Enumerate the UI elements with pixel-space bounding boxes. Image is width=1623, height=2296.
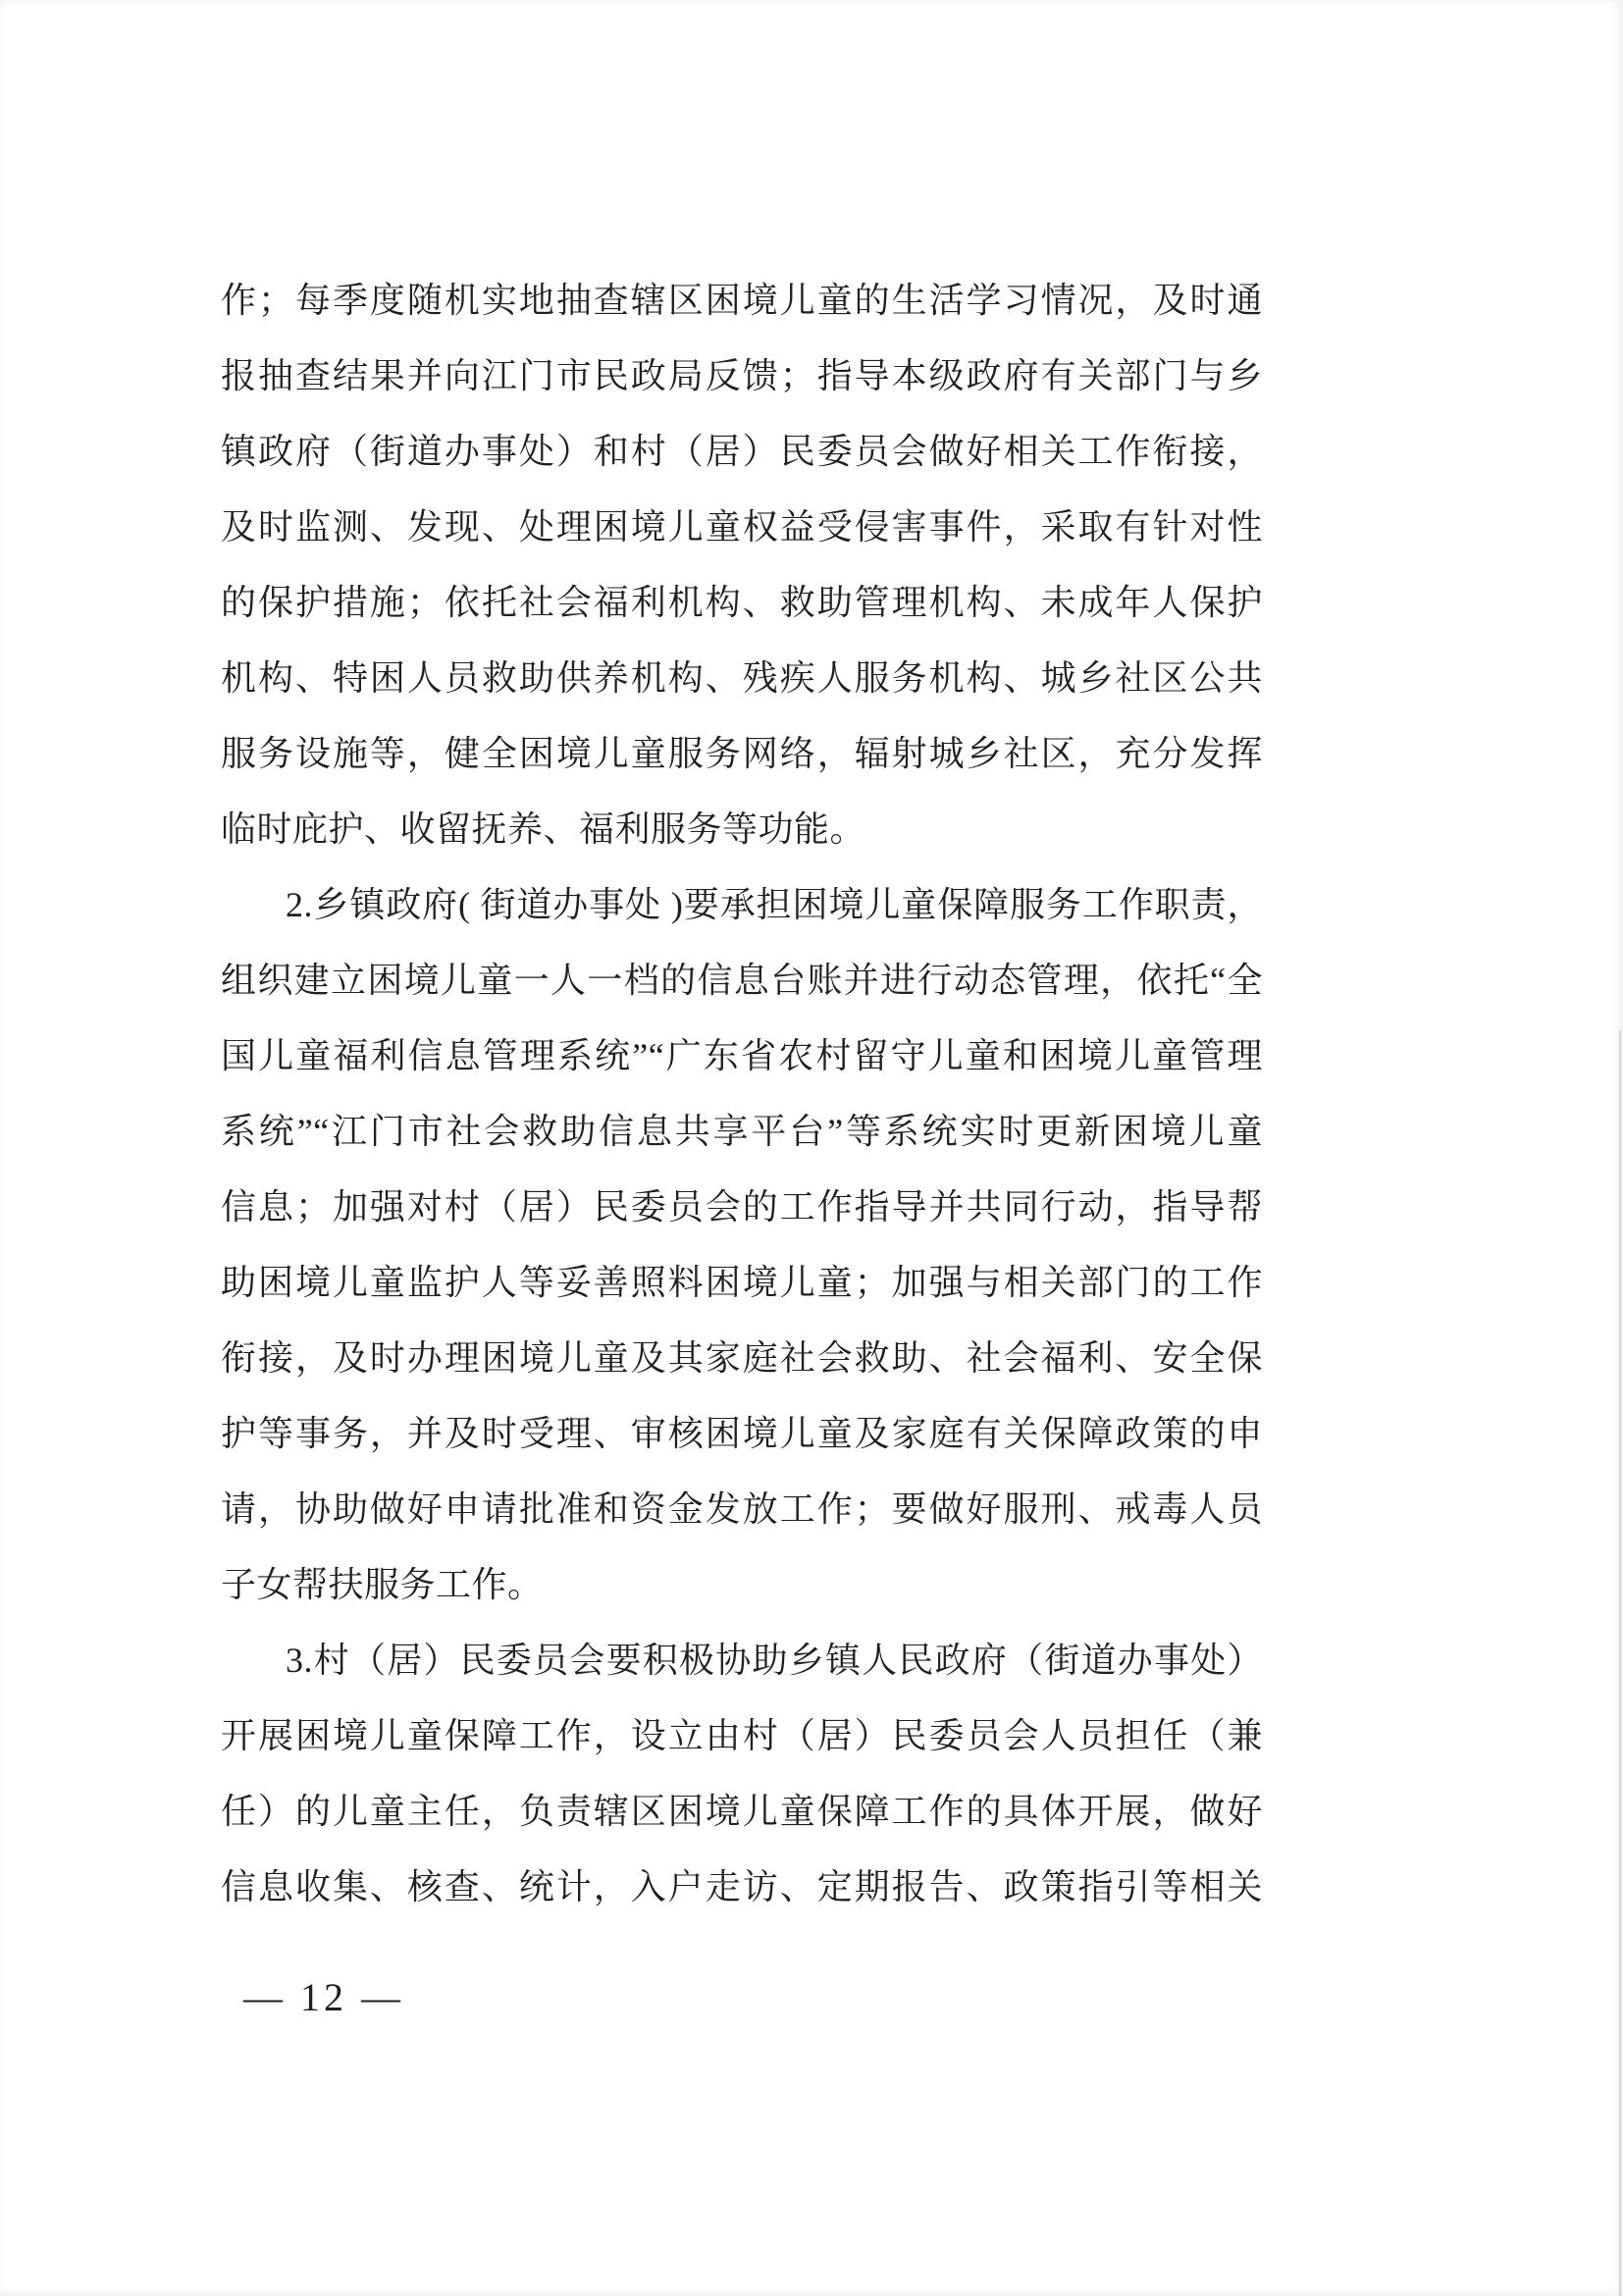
text-line: 报抽查结果并向江门市民政局反馈；指导本级政府有关部门与乡 [221, 339, 1263, 414]
text-line: 衔接，及时办理困境儿童及其家庭社会救助、社会福利、安全保 [221, 1321, 1263, 1396]
text-line: 及时监测、发现、处理困境儿童权益受侵害事件，采取有针对性 [221, 490, 1263, 565]
text-line: 2.乡镇政府( 街道办事处 )要承担困境儿童保障服务工作职责， [221, 867, 1263, 943]
text-line: 子女帮扶服务工作。 [221, 1547, 1263, 1623]
text-line: 信息收集、核查、统计，入户走访、定期报告、政策指引等相关 [221, 1850, 1263, 1925]
text-line: 系统”“江门市社会救助信息共享平台”等系统实时更新困境儿童 [221, 1094, 1263, 1170]
text-line: 镇政府（街道办事处）和村（居）民委员会做好相关工作衔接， [221, 414, 1263, 490]
text-line: 信息；加强对村（居）民委员会的工作指导并共同行动，指导帮 [221, 1170, 1263, 1245]
text-line: 3.村（居）民委员会要积极协助乡镇人民政府（街道办事处） [221, 1623, 1263, 1698]
text-line: 的保护措施；依托社会福利机构、救助管理机构、未成年人保护 [221, 565, 1263, 641]
text-line: 组织建立困境儿童一人一档的信息台账并进行动态管理，依托“全 [221, 943, 1263, 1018]
text-line: 临时庇护、收留抚养、福利服务等功能。 [221, 792, 1263, 867]
scan-edge-artifact [1619, 1030, 1621, 2296]
text-line: 国儿童福利信息管理系统”“广东省农村留守儿童和困境儿童管理 [221, 1018, 1263, 1094]
text-line: 机构、特困人员救助供养机构、残疾人服务机构、城乡社区公共 [221, 641, 1263, 716]
document-page: 作；每季度随机实地抽查辖区困境儿童的生活学习情况，及时通报抽查结果并向江门市民政… [0, 0, 1623, 2296]
document-body: 作；每季度随机实地抽查辖区困境儿童的生活学习情况，及时通报抽查结果并向江门市民政… [221, 263, 1263, 1925]
text-line: 助困境儿童监护人等妥善照料困境儿童；加强与相关部门的工作 [221, 1245, 1263, 1321]
text-line: 作；每季度随机实地抽查辖区困境儿童的生活学习情况，及时通 [221, 263, 1263, 339]
page-number: — 12 — [243, 1974, 404, 2020]
text-line: 服务设施等，健全困境儿童服务网络，辐射城乡社区，充分发挥 [221, 716, 1263, 792]
text-line: 开展困境儿童保障工作，设立由村（居）民委员会人员担任（兼 [221, 1698, 1263, 1774]
text-line: 任）的儿童主任，负责辖区困境儿童保障工作的具体开展，做好 [221, 1774, 1263, 1850]
text-line: 请，协助做好申请批准和资金发放工作；要做好服刑、戒毒人员 [221, 1472, 1263, 1547]
text-line: 护等事务，并及时受理、审核困境儿童及家庭有关保障政策的申 [221, 1396, 1263, 1472]
